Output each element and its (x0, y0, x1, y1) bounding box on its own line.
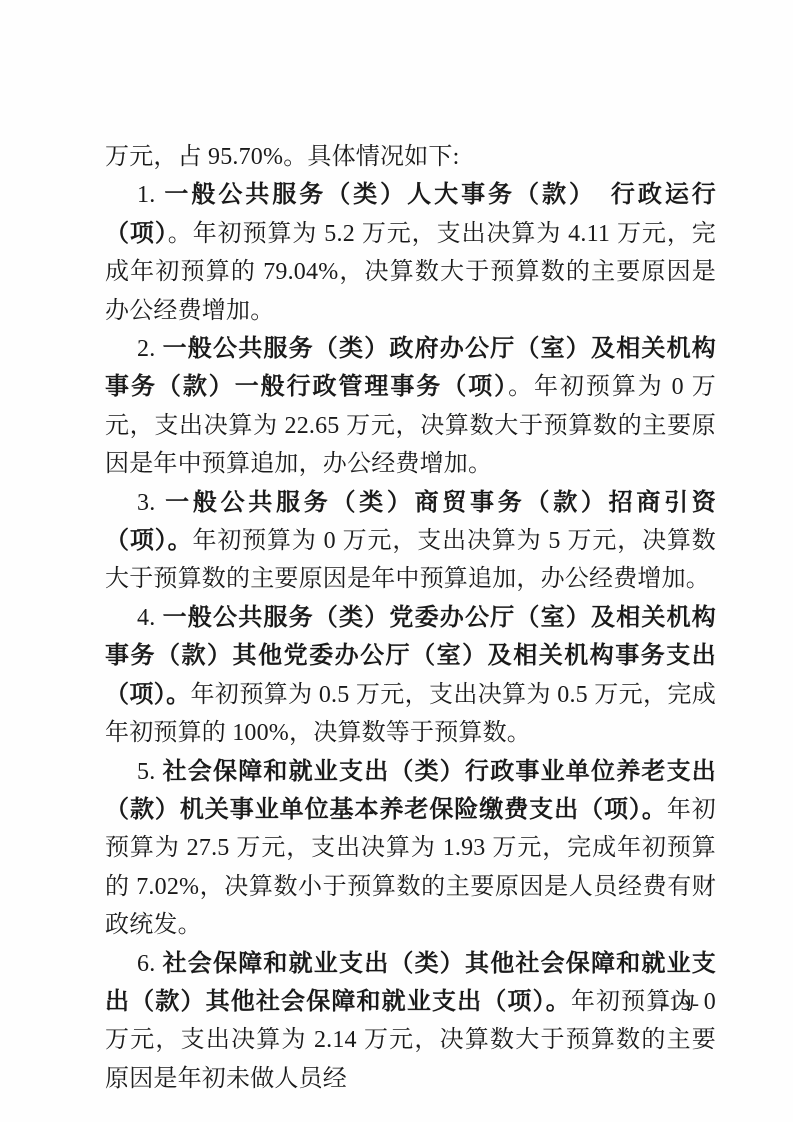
budget-item-3: 3. 一般公共服务（类）商贸事务（款）招商引资（项）。年初预算为 0 万元，支出… (105, 484, 716, 599)
budget-item-1: 1. 一般公共服务（类）人大事务（款） 行政运行（项）。年初预算为 5.2 万元… (105, 176, 716, 330)
budget-item-5: 5. 社会保障和就业支出（类）行政事业单位养老支出（款）机关事业单位基本养老保险… (105, 753, 716, 945)
budget-item-6: 6. 社会保障和就业支出（类）其他社会保障和就业支出（款）其他社会保障和就业支出… (105, 945, 716, 1099)
item-3-number: 3. (137, 490, 155, 516)
document-body: 万元，占 95.70%。具体情况如下: 1. 一般公共服务（类）人大事务（款） … (105, 138, 716, 1098)
item-5-number: 5. (137, 759, 155, 785)
item-4-body: 年初预算为 0.5 万元，支出决算为 0.5 万元，完成年初预算的 100%，决… (105, 682, 716, 746)
item-1-number: 1. (137, 182, 155, 208)
page-number: -19- (661, 990, 700, 1016)
budget-item-2: 2. 一般公共服务（类）政府办公厅（室）及相关机构事务（款）一般行政管理事务（项… (105, 330, 716, 484)
item-6-number: 6. (137, 951, 155, 977)
budget-item-4: 4. 一般公共服务（类）党委办公厅（室）及相关机构事务（款）其他党委办公厅（室）… (105, 599, 716, 753)
item-5-title: 社会保障和就业支出（类）行政事业单位养老支出（款）机关事业单位基本养老保险缴费支… (105, 759, 716, 823)
item-4-number: 4. (137, 605, 155, 631)
intro-continuation-line: 万元，占 95.70%。具体情况如下: (105, 138, 716, 176)
document-page: 万元，占 95.70%。具体情况如下: 1. 一般公共服务（类）人大事务（款） … (0, 0, 793, 1122)
item-1-body: 。年初预算为 5.2 万元，支出决算为 4.11 万元，完成年初预算的 79.0… (105, 221, 716, 324)
item-2-number: 2. (137, 336, 155, 362)
item-3-body: 年初预算为 0 万元，支出决算为 5 万元，决算数大于预算数的主要原因是年中预算… (105, 528, 716, 592)
